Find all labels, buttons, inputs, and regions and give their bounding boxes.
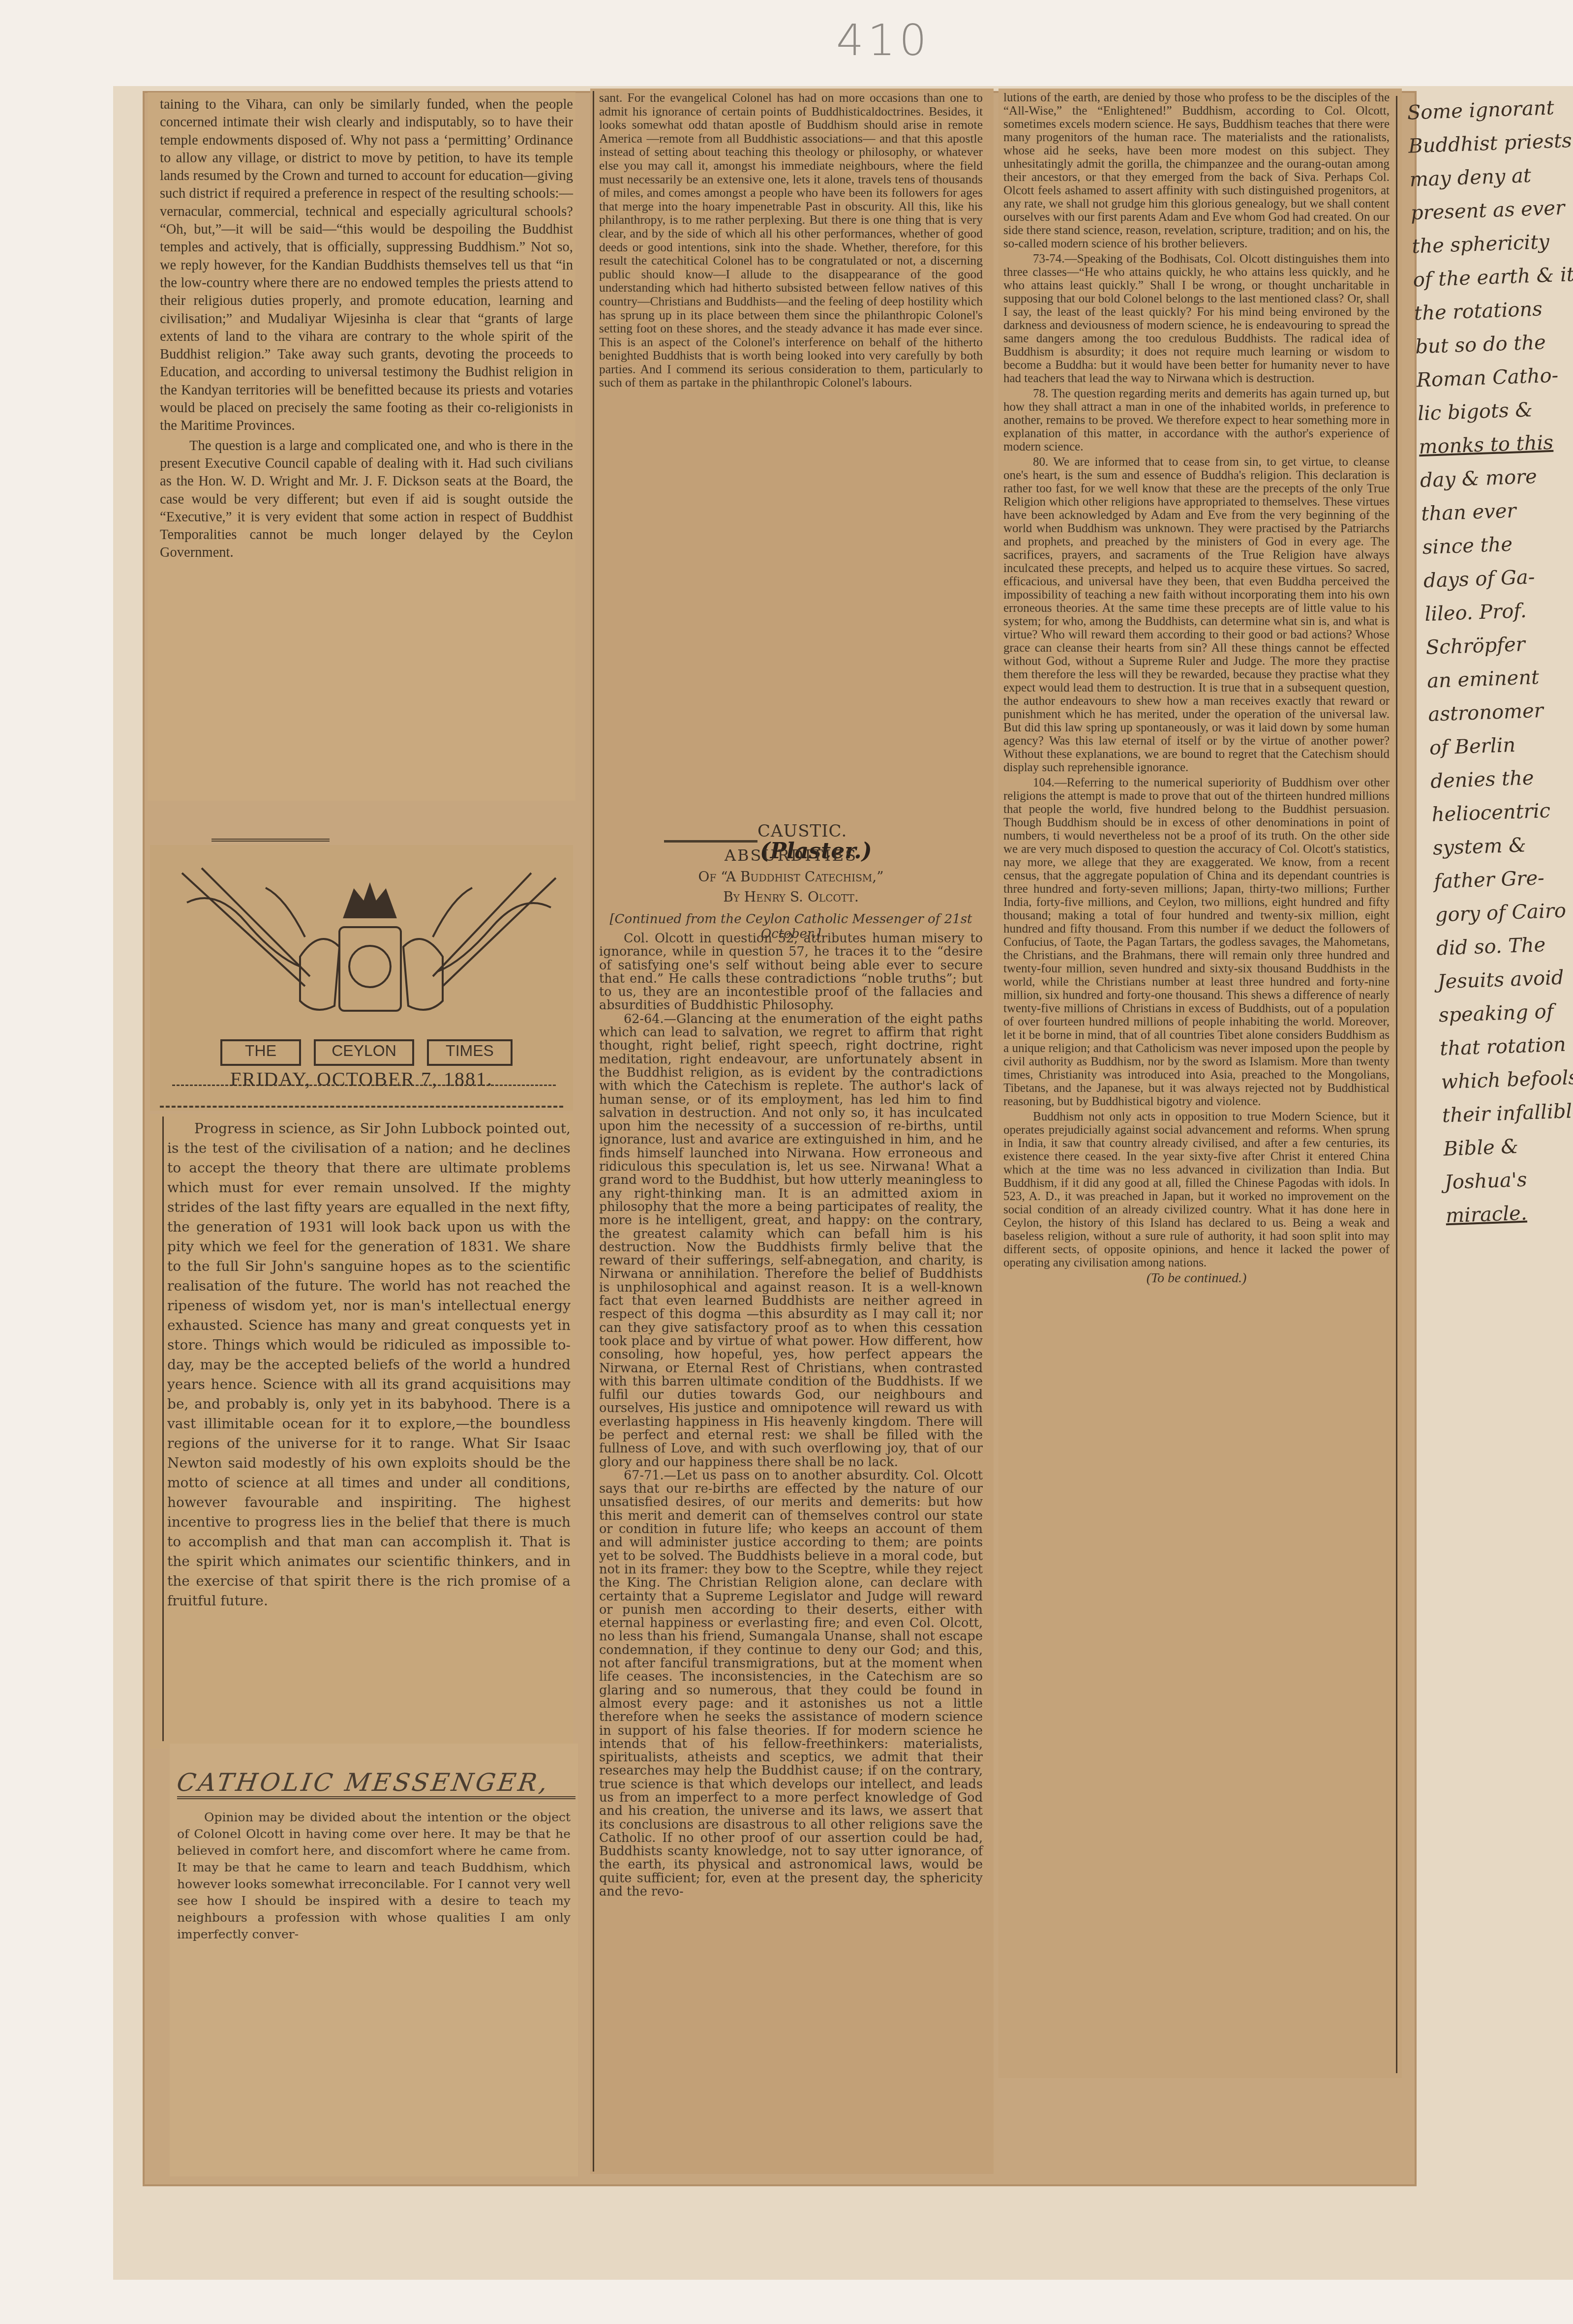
paragraph: lutions of the earth, are denied by thos… <box>1003 91 1390 250</box>
note-line: which befools <box>1441 1060 1573 1099</box>
note-line: monks to this <box>1418 425 1562 464</box>
note-line: present as ever <box>1410 192 1554 230</box>
note-line: speaking of <box>1438 994 1573 1032</box>
paragraph: 62-64.—Glancing at the enumeration of th… <box>599 1013 983 1469</box>
catholic-messenger-clipping <box>170 1744 578 2176</box>
to-be-continued: (To be continued.) <box>1003 1271 1390 1285</box>
paragraph: Buddhism not only acts in opposition to … <box>1003 1110 1390 1269</box>
note-line: Some ignorant <box>1407 91 1550 130</box>
paragraph: Col. Olcott in question 52, attributes h… <box>599 932 983 1013</box>
column-rule <box>1396 96 1397 2073</box>
lead-article: Progress in science, as Sir John Lubbock… <box>167 1119 571 1611</box>
note-line: Bible & <box>1443 1127 1573 1166</box>
divider-rule <box>160 1106 563 1108</box>
note-line: Joshua's <box>1444 1161 1573 1199</box>
note-line: may deny at <box>1409 158 1552 197</box>
note-line: of the earth & its <box>1413 258 1556 297</box>
note-line: the rotations <box>1414 292 1557 330</box>
note-line: that rotation <box>1439 1027 1573 1065</box>
left-column-article: taining to the Vihara, can only be simil… <box>160 96 573 564</box>
paragraph: Progress in science, as Sir John Lubbock… <box>167 1119 571 1611</box>
note-line: of Berlin <box>1429 726 1573 765</box>
note-line: father Gre- <box>1433 860 1573 899</box>
column-rule <box>593 91 594 2172</box>
note-line: days of Ga- <box>1423 559 1567 598</box>
note-line: lileo. Prof. <box>1424 593 1568 631</box>
note-line: gory of Cairo <box>1435 894 1573 932</box>
note-line: day & more <box>1420 459 1563 497</box>
paragraph: 67-71.—Let us pass on to another absurdi… <box>599 1469 983 1899</box>
paragraph: sant. For the evangelical Colonel has ha… <box>599 91 983 390</box>
article-subtitle: Of “A Buddhist Catechism,” <box>599 869 983 885</box>
note-line: Roman Catho- <box>1416 359 1560 397</box>
banner-word-ceylon: CEYLON <box>315 1042 413 1060</box>
paragraph: The question is a large and complicated … <box>160 437 573 562</box>
article-body: Col. Olcott in question 52, attributes h… <box>599 932 983 1899</box>
paragraph: 73-74.—Speaking of the Bodhisats, Col. O… <box>1003 252 1390 385</box>
divider-rule <box>177 1796 575 1799</box>
note-line: astronomer <box>1427 693 1571 731</box>
paragraph: 80. We are informed that to cease from s… <box>1003 455 1390 774</box>
note-line: Jesuits avoid <box>1437 961 1573 999</box>
paragraph: Opinion may be divided about the intenti… <box>177 1809 571 1943</box>
article-title: ABSURDITIES <box>599 846 983 865</box>
page-number: 410 <box>836 15 931 65</box>
note-line: than ever <box>1421 492 1564 531</box>
article-byline: By Henry S. Olcott. <box>599 889 983 905</box>
letter-continuation: sant. For the evangelical Colonel has ha… <box>599 91 983 392</box>
note-line: Buddhist priests <box>1408 125 1551 163</box>
article-header: ABSURDITIES Of “A Buddhist Catechism,” B… <box>599 819 983 941</box>
note-line: but so do the <box>1415 325 1558 363</box>
banner-word-the: THE <box>221 1042 300 1060</box>
note-line: the sphericity <box>1411 225 1555 263</box>
note-line: lic bigots & <box>1417 392 1561 430</box>
note-line: denies the <box>1430 760 1573 798</box>
banner-word-times: TIMES <box>428 1042 512 1060</box>
note-line: Schröpfer <box>1425 626 1569 664</box>
note-line: did so. The <box>1436 927 1573 966</box>
note-line: miracle. <box>1445 1194 1573 1233</box>
paragraph: taining to the Vihara, can only be simil… <box>160 96 573 435</box>
right-column-article: lutions of the earth, are denied by thos… <box>1003 91 1390 1287</box>
note-line: heliocentric <box>1431 793 1573 832</box>
catholic-messenger-body: Opinion may be divided about the intenti… <box>177 1809 571 1943</box>
paragraph: 78. The question regarding merits and de… <box>1003 387 1390 453</box>
note-line: an eminent <box>1426 660 1570 698</box>
paragraph: 104.—Referring to the numerical superior… <box>1003 776 1390 1108</box>
note-line: system & <box>1432 827 1573 865</box>
column-rule <box>162 1117 164 1741</box>
note-line: their infallible <box>1442 1094 1573 1132</box>
note-line: since the <box>1422 526 1566 564</box>
issue-date: FRIDAY, OCTOBER 7, 1881. <box>148 1067 575 1090</box>
catholic-messenger-heading: CATHOLIC MESSENGER, <box>175 1768 573 1797</box>
divider-rule <box>212 839 330 842</box>
